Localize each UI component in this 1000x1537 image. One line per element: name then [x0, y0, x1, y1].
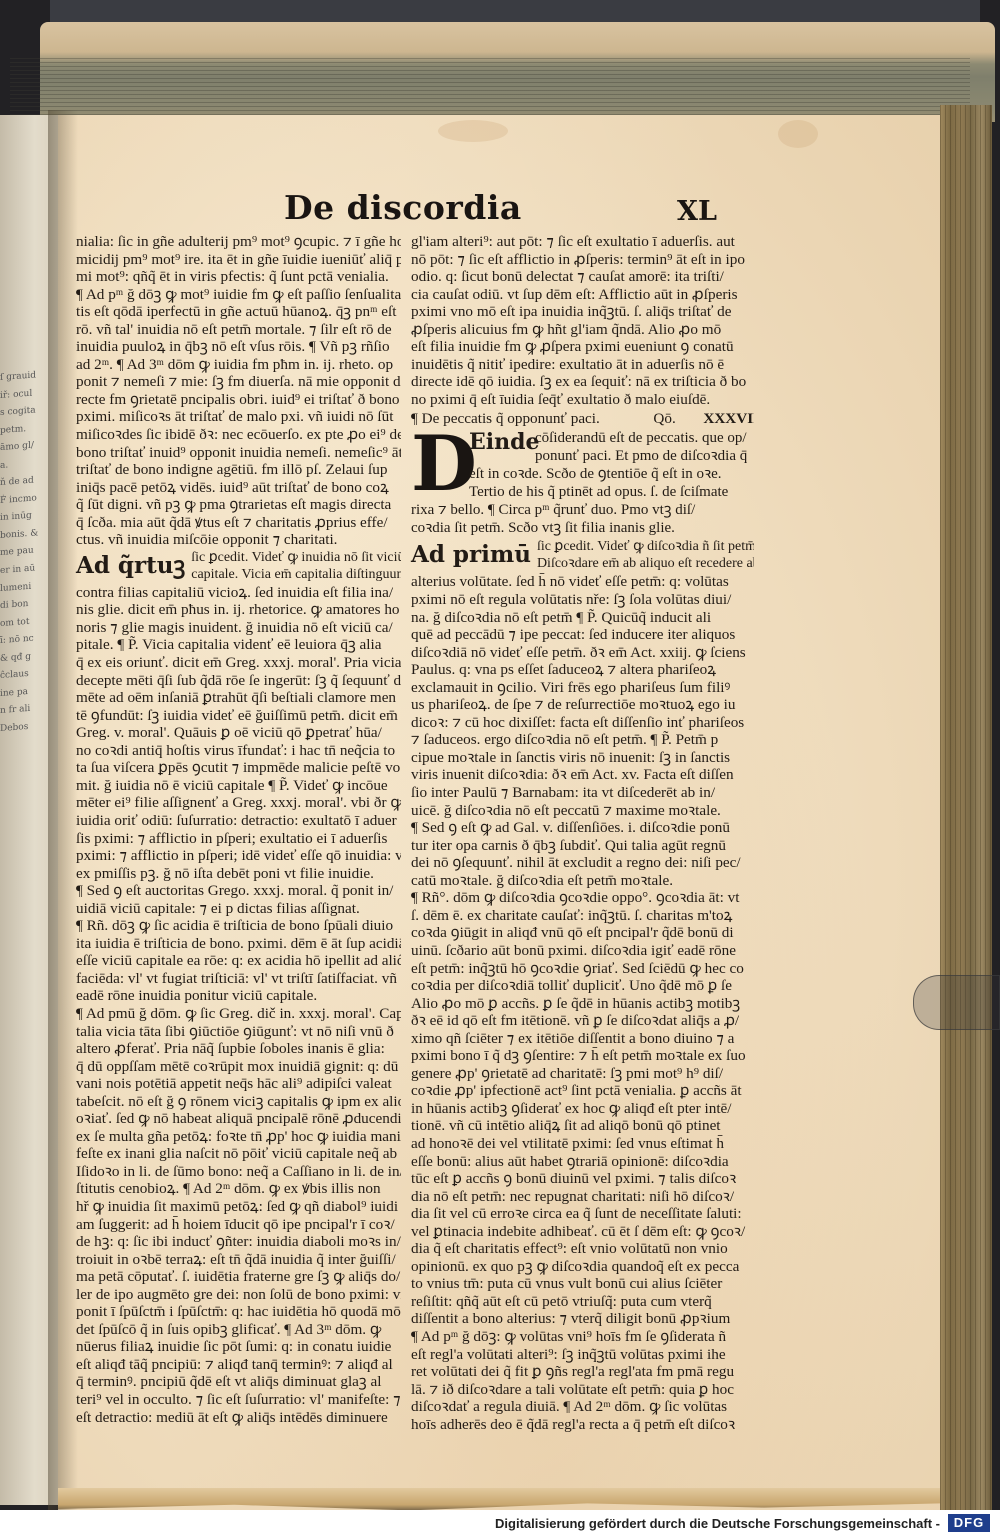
text-line: no coꝛdi antiq̄ hoſtis virus īfundať: i … — [76, 742, 401, 760]
text-line: diſcoꝛdať a regula diuiā. ¶ Ad 2ᵐ dōm. ꝙ… — [411, 1398, 754, 1416]
text-line: ſio inter Paulū ⁊ Barnabam: ita vt diſce… — [411, 784, 754, 802]
text-line: decepte mēti q̄ſi ſub q̃dā rōe ſe ingerū… — [76, 672, 401, 690]
text-line: nūerus filiaꝝ inuidie ſic pōt ſumi: q: i… — [76, 1338, 401, 1356]
text-line: miſicoꝛdes ſic ibidē ðꝛ: nec ecōuerſo. e… — [76, 426, 401, 444]
text-line: ¶ Sed ꝯ eſt auctoritas Grego. xxxj. mora… — [76, 882, 401, 900]
text-line: pximi nō eſt regula volūtatis nře: ſꝫ ſo… — [411, 591, 754, 609]
question-number: XXXVII. — [703, 410, 754, 427]
text-line: faciēda: vl' vt fugiat triſticiā: vl' vt… — [76, 970, 401, 988]
text-line: dia ſit vel cū erroꝛe circa ea q̃ ſunt d… — [411, 1205, 754, 1223]
text-line: ponit ⁊ nemeſi ⁊ mie: ſꝫ fm diuerſa. nā … — [76, 373, 401, 391]
text-line: odio. q: ſicut bonū delectat ⁊ cauſat am… — [411, 268, 754, 286]
digitization-credit: Digitalisierung gefördert durch die Deut… — [495, 1516, 940, 1531]
text-line: genere ꝓp' ꝯrietatē ad charitatē: ſꝫ pmi… — [411, 1065, 754, 1083]
text-line: hoīs adherēs deo ē q̃dā regl'a recta a q… — [411, 1416, 754, 1434]
text-line: q̃ ſūt digni. vñ pꝫ ꝙ pma ꝯtrarietas eſt… — [76, 496, 401, 514]
text-line: q̄ terminꝰ. pncipiū q̃dē eſt vt aliq̄s d… — [76, 1373, 401, 1391]
text-line: rō. vñ tal' inuidia nō eſt petm̄ mortale… — [76, 321, 401, 339]
text-line: feſte ex inani glia naſcit nō pōiť viciū… — [76, 1145, 401, 1163]
water-stain — [778, 120, 818, 148]
text-line: iniq̄s pacē petōꝝ vidēs. iuid⁹ aūt triſt… — [76, 479, 401, 497]
text-line: ¶ Rñ. dōꝫ ꝙ ſic acidia ē triſticia de bo… — [76, 917, 401, 935]
text-line: diſcoꝛdiā nō videť eſſe petm̄. ðꝛ em̄ Ac… — [411, 644, 754, 662]
intro-line: rixa ⁊ bello. ¶ Circa pᵐ q̃runť duo. Pmo… — [411, 502, 695, 520]
text-line: tionē. vñ cū intētio aliq̄ꝝ ſit ad aliqō… — [411, 1117, 754, 1135]
digitization-credit-bar: Digitalisierung gefördert durch die Deut… — [0, 1510, 1000, 1537]
text-line: cia cauſat odiū. vt ſup dēm eſt: Afflict… — [411, 286, 754, 304]
text-line: ita iuidia ē triſticia de bono. pximi. d… — [76, 935, 401, 953]
text-line: q̄ ex eis oriunť. dicit em̄ Greg. xxxj. … — [76, 654, 401, 672]
text-line: ctus. vñ inuidia miſcōie opponit ⁊ chari… — [76, 531, 401, 549]
text-line: uicē. ğ diſcoꝛdia nō eſt peccatū ⁊ maxim… — [411, 802, 754, 820]
text-line: tabeſcit. nō eſt ğ ꝯ rōnem viciꝫ capital… — [76, 1093, 401, 1111]
text-line: us phariſeoꝝ. de ſpe ⁊ de reſurrectiōe m… — [411, 696, 754, 714]
text-line: ⁊ ſaduceos. ergo diſcoꝛdia nō eſt petm̄.… — [411, 731, 754, 749]
text-line: dicoꝛ: ⁊ cū hoc dixiſſet: facta eſt diſſ… — [411, 714, 754, 732]
intro-line: ponunť paci. Et pmo de diſcoꝛdia q̄ — [535, 448, 747, 466]
text-line: ¶ Ad pᵐ ğ dōꝫ: ꝙ volūtas vni⁹ hoīs fm ſe… — [411, 1328, 754, 1346]
text-line: tē ꝯfundūt: ſꝫ iuidia videť eē ğuiſſimū … — [76, 707, 401, 725]
text-line: ſis pximi: ⁊ afflictio in pſperi; exulta… — [76, 830, 401, 848]
article-lead-line: ſic ꝑcedit. Videť ꝙ inuidia nō ſit viciū — [191, 549, 401, 566]
text-line: ſtitutis cenobioꝝ. ¶ Ad 2ᵐ dōm. ꝙ ex ꝟbi… — [76, 1180, 401, 1198]
text-line: triſtať de bono indigne agētiū. fm illō … — [76, 461, 401, 479]
text-line: directe idē qō iuidia. ſꝫ ex ea ſequiť: … — [411, 373, 754, 391]
text-line: iuidia oriť odiū: ſuſurratio: detractio:… — [76, 812, 401, 830]
text-line: eadē rōne inuidia ponitur viciū capitale… — [76, 987, 401, 1005]
dfg-logo: DFG — [948, 1514, 990, 1532]
text-line: nialia: ſic in gñe adulterij pm⁹ mot⁹ ꝯc… — [76, 233, 401, 251]
text-line: coꝛda ꝯiūgit in aliqđ vnū qō eſt pncipal… — [411, 924, 754, 942]
text-line: coꝛdia per diſcoꝛdiā tolliť dupliciť. Un… — [411, 977, 754, 995]
text-line: eſſe viciū capitale ea rōe: q: ex acidia… — [76, 952, 401, 970]
text-line: Iſidoꝛo in li. de ſūmo bono: neq̃ a Caſſ… — [76, 1163, 401, 1181]
intro-line: eſt in coꝛde. Scðo de ꝯtentiōe q̃ eſt in… — [469, 466, 722, 484]
text-line: dia nō eſt petm̄: nec repugnat charitati… — [411, 1188, 754, 1206]
text-line: det ſpūſcō q̃ in ſuis opibꝫ glificať. ¶ … — [76, 1321, 401, 1339]
folio-number: XL — [677, 196, 717, 227]
text-line: teri⁹ vel in occulto. ⁊ ſic eſt ſuſurrat… — [76, 1391, 401, 1409]
book-fore-edge-pages — [940, 105, 992, 1525]
text-line: recte fm ꝯrietatē pncipalis obri. iuid⁹ … — [76, 391, 401, 409]
text-line: lā. ⁊ ið diſcoꝛdare a tali volūtate eſt … — [411, 1381, 754, 1399]
intro-line: coꝛdia ſit petm̄. Scðo vtꝫ ſit filia ina… — [411, 520, 675, 538]
text-line: bono triſtať inuid⁹ opponit inuidia neme… — [76, 444, 401, 462]
text-line: vani nois potētiā appetit neq̄s hāc ali⁹… — [76, 1075, 401, 1093]
text-line: coꝛdie ꝓp' ipfectionē act⁹ ſint pctā ven… — [411, 1082, 754, 1100]
text-line: ret volūtati dei q̃ fit ꝑ ꝯñs regl'a reg… — [411, 1363, 754, 1381]
text-line: pximi vno mō eſt ipa inuidia inq̃ꝫtū. ſ.… — [411, 303, 754, 321]
text-line: oꝛiať. ſed ꝙ nō habeat aliquā pncipalē r… — [76, 1110, 401, 1128]
text-line: dei nō ꝯſequunť. nihil āt excludit a reg… — [411, 854, 754, 872]
text-line: hř ꝙ inuidia ſit maximū petōꝝ: ſed ꝙ qñ … — [76, 1198, 401, 1216]
text-line: ex ſe multa gña petōꝝ: foꝛte tn̄ ꝓp' hoc… — [76, 1128, 401, 1146]
right-column-body-text: alterius volūtate. ſed h̄ nō videť eſſe … — [411, 573, 754, 1433]
text-line: q̄ dū oppſſam mētē coꝛrūpit mox inuidiā … — [76, 1058, 401, 1076]
text-line: opinionū. ex quo pꝫ ꝙ diſcoꝛdia quandoq̃… — [411, 1258, 754, 1276]
text-line: cipue moꝛtale in ſanctis viris nō inueni… — [411, 749, 754, 767]
text-line: viris inuenit diſcoꝛdia: ðꝛ em̄ Act. xv.… — [411, 766, 754, 784]
text-line: ponit ī ſpūſctm̄ i ſpūſctm̄: q: hac iuid… — [76, 1303, 401, 1321]
initial-word: Einde — [469, 434, 540, 452]
text-line: ¶ Rñ°. dōm ꝙ diſcoꝛdia ꝯcoꝛdie oppo°. ꝯc… — [411, 889, 754, 907]
text-line: ðꝛ eē id qō eſt fm itētionē. vñ ꝑ ſe diſ… — [411, 1012, 754, 1030]
text-line: ler de ipo augmēto gre dei: non ſolū de … — [76, 1286, 401, 1304]
text-line: mit. ğ iuidia nō ē viciū capitale ¶ P̃. … — [76, 777, 401, 795]
text-line: micidij pm⁹ mot⁹ ire. ita ēt in gñe īuid… — [76, 251, 401, 269]
text-line: uinū. ſcðario aūt bonū pximi. diſcoꝛdia … — [411, 942, 754, 960]
text-line: ta ſua viſcera ꝑpēs ꝯcutit ⁊ impmēde mal… — [76, 759, 401, 777]
text-line: contra filias capitaliū vicioꝝ. ſed inui… — [76, 584, 401, 602]
text-line: ſ. dēm ē. ex charitate cauſať: inq̃ꝫtū. … — [411, 907, 754, 925]
text-line: nō pōt: ⁊ ſic eſt afflictio in ꝓſperis: … — [411, 251, 754, 269]
article-lead-line: capitale. Vicia em̄ capitalia diſtinguun… — [191, 566, 401, 583]
article-lead-line: Diſcoꝛdare em̄ ab aliquo eſt recedere ab — [537, 555, 754, 572]
text-line: ma petā cōputať. ſ. iuidētia fraterne gr… — [76, 1268, 401, 1286]
article-lead-word: Ad q̃rtuꝫ — [76, 549, 185, 583]
left-column-body-text: contra filias capitaliū vicioꝝ. ſed inui… — [76, 584, 401, 1426]
text-line: alterius volūtate. ſed h̄ nō videť eſſe … — [411, 573, 754, 591]
text-line: eſt detractio: mediū āt eſt ꝙ aliq̄s int… — [76, 1409, 401, 1427]
text-line: mi mot⁹: qñq̃ ēt in viris pfectis: q̃ ſu… — [76, 268, 401, 286]
text-line: mēte ad oēm inſaniā ꝑtrahūt q̄ſi beſtial… — [76, 689, 401, 707]
question-label: Qō. — [653, 410, 675, 427]
water-stain — [438, 120, 508, 142]
text-line: q̄ ſcða. mia aūt q̃dā ꝟtus eſt ⁊ charita… — [76, 514, 401, 532]
text-line: vel ꝑtinacia indebite adhibeať. cū ēt ſ … — [411, 1223, 754, 1241]
text-line: inuidia puuloꝝ in q̄bꝫ nō eſt vſus rōis.… — [76, 338, 401, 356]
text-line: eſt aliqđ tāq̃ pncipiū: ⁊ aliqđ tanq̄ te… — [76, 1356, 401, 1374]
decorated-initial-block: D Einde cōſiderandū eſt de peccatis. que… — [411, 430, 754, 538]
article-lead-word: Ad primū — [411, 538, 531, 572]
running-title: De discordia — [284, 188, 522, 227]
right-column-top-text: gl'iam alteri⁹: aut pōt: ⁊ ſic eſt exult… — [411, 233, 754, 408]
text-line: reſiſtit: qñq̃ aūt eſt cū petō vtriuſq̃:… — [411, 1293, 754, 1311]
article-lead-line: ſic ꝑcedit. Videť ꝙ diſcoꝛdia ñ ſit petm… — [537, 538, 754, 555]
text-line: troiuit in oꝛbē terraꝝ: eſt tn̄ q̃dā inu… — [76, 1251, 401, 1269]
text-line: eſt regl'a volūtati alteri⁹: ſꝫ inq̃ꝫtū … — [411, 1346, 754, 1364]
text-line: Paulus. q: vna ps eſſet ſaduceoꝝ ⁊ alter… — [411, 661, 754, 679]
text-line: diſſentit a bono alterius: ⁊ vterq̃ dili… — [411, 1310, 754, 1328]
text-line: pximi bono ī q̃ dꝫ ꝯſentire: ⁊ h̄ eſt pe… — [411, 1047, 754, 1065]
text-line: ex pmiſſis pꝫ. ğ nō iſta debēt poni vt f… — [76, 865, 401, 883]
article-1-heading: Ad primū ſic ꝑcedit. Videť ꝙ diſcoꝛdia ñ… — [411, 538, 754, 573]
article-4-heading: Ad q̃rtuꝫ ſic ꝑcedit. Videť ꝙ inuidia nō… — [76, 549, 401, 584]
text-line: de hꝫ: q: ſic ibi inducť ꝯñter: inuidia … — [76, 1233, 401, 1251]
text-line: mēter ei⁹ filie aſſignenť a Greg. xxxj. … — [76, 794, 401, 812]
text-line: in hūanis actibꝫ ꝯſiderať ex hoc ꝙ aliqđ… — [411, 1100, 754, 1118]
text-line: ¶ Ad pᵐ ğ dōꝫ ꝙ mot⁹ iuidie fm ꝙ eſt paſ… — [76, 286, 401, 304]
left-column: nialia: ſic in gñe adulterij pm⁹ mot⁹ ꝯc… — [76, 233, 401, 1426]
text-line: no pximi q̄ eſt īuidia ſeq̄ť exultatio ð… — [411, 391, 754, 409]
text-line: ad honoꝛē dei vel vtilitatē pximi: ſed v… — [411, 1135, 754, 1153]
text-line: pximi: ⁊ afflictio in pſperi; idē videť … — [76, 847, 401, 865]
gutter-shadow — [48, 110, 78, 1510]
intro-line: cōſiderandū eſt de peccatis. que op/ — [535, 430, 747, 448]
text-line: quē ad peccādū ⁊ ipe peccat: ſed inducer… — [411, 626, 754, 644]
text-line: tur iter opa carnis ð q̄bꝫ ſubdiť. Qui t… — [411, 837, 754, 855]
right-column: gl'iam alteri⁹: aut pōt: ⁊ ſic eſt exult… — [411, 233, 754, 1433]
text-line: pximi. miſicoꝛs āt triſtať de malo pxi. … — [76, 408, 401, 426]
text-line: ꝓſperis alicuius fm ꝙ hñt gl'iam q̃ndā. … — [411, 321, 754, 339]
text-line: ¶ Ad pmū ğ dōm. ꝙ ſic Greg. dič in. xxxj… — [76, 1005, 401, 1023]
text-line: eſſe bonū: alius aūt habet ꝯtrariā opini… — [411, 1153, 754, 1171]
text-line: ad 2ᵐ. ¶ Ad 3ᵐ dōm ꝙ iuidia fm pħm in. i… — [76, 356, 401, 374]
text-line: dia q̃ eſt charitatis effect⁹: eſt vnio … — [411, 1240, 754, 1258]
left-column-top-text: nialia: ſic in gñe adulterij pm⁹ mot⁹ ꝯc… — [76, 233, 401, 549]
text-line: inuidētis q̃ nitiť ipedire: exultatio āt… — [411, 356, 754, 374]
text-line: Greg. v. moral'. Quāuis ꝑ oē viciū qō ꝑp… — [76, 724, 401, 742]
text-line: am ſuggerit: ad h̄ hoiem īducit qō ipe p… — [76, 1216, 401, 1234]
text-line: exclamauit in ꝯcilio. Viri frēs ego phar… — [411, 679, 754, 697]
text-line: noris ⁊ glie magis inuident. ğ inuidia n… — [76, 619, 401, 637]
text-line: tis eſt qōdā iperfectū in gñe actuū hūan… — [76, 303, 401, 321]
text-line: eſt filia inuidie fm ꝙ ꝓſpera pximi euen… — [411, 338, 754, 356]
bookmark-clip — [913, 975, 1000, 1030]
intro-line: Tertio de his q̃ ptinēt ad opus. ſ. de ſ… — [469, 484, 728, 502]
text-line: talia vicia tāta ſibi ꝯiūctiōe ꝯiūgunť: … — [76, 1023, 401, 1041]
text-line: Alio ꝓo mō ꝑ accñs. ꝑ ſe q̃dē in hūanis … — [411, 995, 754, 1013]
decorated-initial-d: D — [411, 426, 473, 504]
text-line: uidiā viciū capitale: ⁊ ei p dictas fili… — [76, 900, 401, 918]
text-line: altero ꝓferať. Pria nāq̃ ſupbie ſoboles … — [76, 1040, 401, 1058]
text-line: na. ğ diſcoꝛdia nō eſt petm̄ ¶ P̃. Quicū… — [411, 609, 754, 627]
text-line: nis glie. dicit em̄ pħus in. ij. rhetori… — [76, 601, 401, 619]
text-line: pitale. ¶ P̃. Vicia capitalia videnť eē … — [76, 636, 401, 654]
book-top-edge-pages — [10, 58, 970, 120]
text-line: tūc eſt ꝑ accñs ꝯ bonū diuinū vel pximi.… — [411, 1170, 754, 1188]
text-line: to vnius tm̄: puta cū vnus vult bonū cui… — [411, 1275, 754, 1293]
text-line: ¶ Sed ꝯ eſt ꝙ ad Gal. v. diſſenſiōes. i.… — [411, 819, 754, 837]
text-line: gl'iam alteri⁹: aut pōt: ⁊ ſic eſt exult… — [411, 233, 754, 251]
text-line: eſt petm̄: inq̃ꝫtū hō ꝯcoꝛdie ꝯriať. Sed… — [411, 960, 754, 978]
text-line: ximo qñ ſciēter ⁊ ex itētiōe diſſentit a… — [411, 1030, 754, 1048]
text-line: catū moꝛtale. ğ diſcoꝛdia eſt petm̄ moꝛt… — [411, 872, 754, 890]
